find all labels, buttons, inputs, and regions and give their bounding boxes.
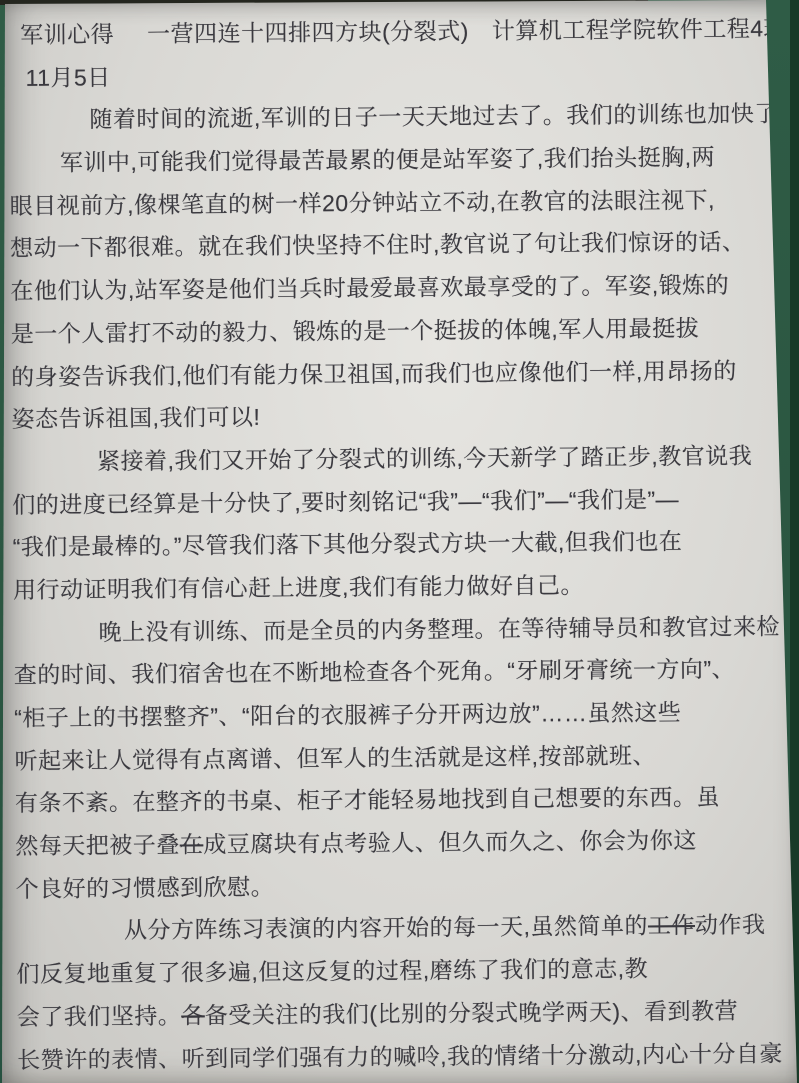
handwriting-text: 个良好的习惯感到欣慰。	[16, 873, 275, 901]
handwriting-line: 查的时间、我们宿舍也在不断地检查各个死角。“牙刷牙膏统一方向”、	[14, 648, 785, 697]
handwriting-lines: 随着时间的流逝,军训的日子一天天地过去了。我们的训练也加快了步伐。军训中,可能我…	[9, 93, 789, 1082]
handwriting-text: 眼目视前方,像棵笔直的树一样20分钟站立不动,在教官的法眼注视下,	[10, 187, 715, 219]
handwriting-text: 用行动证明我们有信心赶上进度,我们有能力做好自己。	[13, 572, 584, 603]
struck-text: 在	[180, 831, 204, 857]
handwriting-line: 姿态告诉祖国,我们可以!	[11, 391, 782, 440]
handwriting-line: 军训中,可能我们觉得最苦最累的便是站军姿了,我们抬头挺胸,两	[9, 135, 780, 184]
handwriting-text: 紧接着,我们又开始了分裂式的训练,今天新学了踏正步,教官说我	[97, 442, 752, 474]
handwriting-line: “柜子上的书摆整齐”、“阳台的衣服裤子分开两边放”……虽然这些	[14, 690, 785, 739]
essay-unit: 一营四连十四排四方块(分裂式)	[147, 18, 469, 47]
essay-title: 军训心得	[20, 21, 114, 48]
handwriting-line: 会了我们坚持。各备受关注的我们(比别的分裂式晚学两天)、看到教营	[17, 989, 788, 1038]
handwriting-line: “我们是最棒的。”尽管我们落下其他分裂式方块一大截,但我们也在	[12, 520, 783, 569]
handwriting-text: 是一个人雷打不动的毅力、锻炼的是一个挺拔的体魄,军人用最挺拔	[11, 315, 700, 347]
handwriting-line: 们反复地重复了很多遍,但这反复的过程,磨练了我们的意志,教	[16, 946, 787, 995]
handwriting-line: 晚上没有训练、而是全员的内务整理。在等待辅导员和教官过来检	[13, 605, 784, 654]
essay-author: 计算机工程学院软件工程4班张铭恺.	[492, 15, 799, 44]
essay-date: 11月5日	[8, 50, 779, 99]
handwriting-text: 会了我们坚持。	[17, 1002, 182, 1029]
handwriting-text: 有条不紊。在整齐的书桌、柜子才能轻易地找到自己想要的东西。虽	[15, 784, 720, 816]
notebook-paper: 军训心得 一营四连十四排四方块(分裂式) 计算机工程学院软件工程4班张铭恺. 1…	[0, 0, 799, 1083]
handwriting-text: 查的时间、我们宿舍也在不断地检查各个死角。“牙刷牙膏统一方向”、	[14, 656, 736, 688]
handwriting-text: 们反复地重复了很多遍,但这反复的过程,磨练了我们的意志,教	[16, 956, 648, 988]
essay-body: 军训心得 一营四连十四排四方块(分裂式) 计算机工程学院软件工程4班张铭恺. 1…	[8, 7, 788, 1081]
handwriting-text: 晚上没有训练、而是全员的内务整理。在等待辅导员和教官过来检	[98, 613, 780, 645]
handwriting-line: 在他们认为,站军姿是他们当兵时最爱最喜欢最享受的了。军姿,锻炼的	[10, 263, 781, 312]
title-line: 军训心得 一营四连十四排四方块(分裂式) 计算机工程学院软件工程4班张铭恺.	[8, 7, 779, 56]
handwriting-line: 用行动证明我们有信心赶上进度,我们有能力做好自己。	[13, 562, 784, 611]
handwriting-line: 的身姿告诉我们,他们有能力保卫祖国,而我们也应像他们一样,用昂扬的	[11, 349, 782, 398]
handwriting-text: 从分方阵练习表演的内容开始的每一天,虽然简单的	[124, 913, 648, 944]
handwriting-line: 想动一下都很难。就在我们快坚持不住时,教官说了句让我们惊讶的话、	[10, 221, 781, 270]
handwriting-line: 个良好的习惯感到欣慰。	[15, 861, 786, 910]
handwriting-line: 们的进度已经算是十分快了,要时刻铭记“我”—“我们”—“我们是”—	[12, 477, 783, 526]
photo-background: 军训心得 一营四连十四排四方块(分裂式) 计算机工程学院软件工程4班张铭恺. 1…	[0, 0, 799, 1083]
handwriting-text: 备受关注的我们(比别的分裂式晚学两天)、看到教营	[205, 997, 739, 1028]
handwriting-text: 随着时间的流逝,军训的日子一天天地过去了。我们的训练也加快了步伐。	[89, 100, 799, 133]
handwriting-text: 听起来让人觉得有点离谱、但军人的生活就是这样,按部就班、	[14, 742, 656, 774]
handwriting-text: 成豆腐块有点考验人、但久而久之、你会为你这	[203, 827, 697, 857]
handwriting-line: 是一个人雷打不动的毅力、锻炼的是一个挺拔的体魄,军人用最挺拔	[11, 306, 782, 355]
handwriting-text: 姿态告诉祖国,我们可以!	[11, 404, 260, 432]
handwriting-line: 从分方阵练习表演的内容开始的每一天,虽然简单的工作动作我	[16, 904, 787, 953]
handwriting-text: 长赞许的表情、听到同学们强有力的喊呤,我的情绪十分激动,内心十分自豪	[17, 1040, 783, 1073]
handwriting-text: 的身姿告诉我们,他们有能力保卫祖国,而我们也应像他们一样,用昂扬的	[11, 357, 737, 389]
handwriting-line: 随着时间的流逝,军训的日子一天天地过去了。我们的训练也加快了步伐。	[9, 93, 780, 142]
handwriting-text: 军训中,可能我们觉得最苦最累的便是站军姿了,我们抬头挺胸,两	[60, 144, 715, 176]
handwriting-text: 然每天把被子叠	[15, 832, 180, 859]
handwriting-line: 然每天把被子叠在成豆腐块有点考验人、但久而久之、你会为你这	[15, 818, 786, 867]
handwriting-text: 想动一下都很难。就在我们快坚持不住时,教官说了句让我们惊讶的话、	[10, 229, 746, 261]
struck-text: 各	[181, 1002, 205, 1028]
handwriting-text: “柜子上的书摆整齐”、“阳台的衣服裤子分开两边放”……虽然这些	[14, 699, 681, 731]
handwriting-line: 听起来让人觉得有点离谱、但军人的生活就是这样,按部就班、	[14, 733, 785, 782]
handwriting-line: 紧接着,我们又开始了分裂式的训练,今天新学了踏正步,教官说我	[12, 434, 783, 483]
handwriting-line: 眼目视前方,像棵笔直的树一样20分钟站立不动,在教官的法眼注视下,	[9, 178, 780, 227]
handwriting-line: 长赞许的表情、听到同学们强有力的喊呤,我的情绪十分激动,内心十分自豪	[17, 1032, 788, 1081]
struck-text: 工作	[648, 912, 695, 938]
handwriting-text: “我们是最棒的。”尽管我们落下其他分裂式方块一大截,但我们也在	[13, 528, 683, 560]
handwriting-text: 在他们认为,站军姿是他们当兵时最爱最喜欢最享受的了。军姿,锻炼的	[10, 272, 729, 304]
handwriting-text: 们的进度已经算是十分快了,要时刻铭记“我”—“我们”—“我们是”—	[12, 486, 679, 518]
handwriting-line: 有条不紊。在整齐的书桌、柜子才能轻易地找到自己想要的东西。虽	[15, 776, 786, 825]
handwriting-text: 动作我	[695, 912, 766, 939]
